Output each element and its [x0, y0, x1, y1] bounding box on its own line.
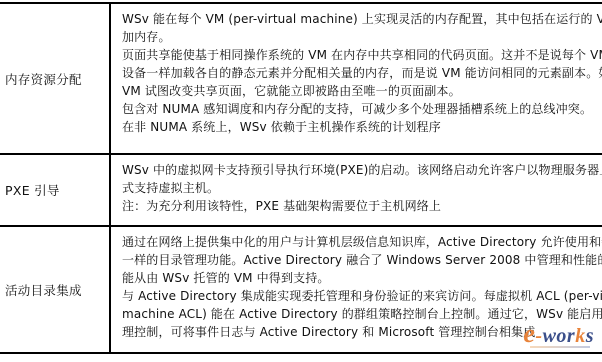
table-row-active-directory: 活动目录集成 通过在网络上提供集中化的用户与计算机层级信息知识库，Active …: [0, 227, 602, 354]
logo-dash: -: [535, 325, 542, 347]
content-line: 通过在网络上提供集中化的用户与计算机层级信息知识库，Active Directo…: [122, 233, 602, 251]
content-line: 加内存。: [122, 28, 602, 46]
logo-underline: [530, 346, 590, 348]
content-line: 式支持虚拟主机。: [122, 179, 602, 197]
row-content-memory: WSv 能在每个 VM (per-virtual machine) 上实现灵活的…: [111, 4, 602, 153]
logo-s: s: [586, 325, 594, 347]
content-line: 设备一样加载各自的静态元素并分配相关量的内存，而是说 VM 能访问相同的元素副本…: [122, 64, 602, 82]
content-line: WSv 能在每个 VM (per-virtual machine) 上实现灵活的…: [122, 10, 602, 28]
content-line: 包含对 NUMA 感知调度和内存分配的支持，可减少多个处理器插槽系统上的总线冲突…: [122, 100, 602, 118]
eworks-watermark-logo: e-works: [523, 324, 594, 346]
content-line: 能从由 WSv 托管的 VM 中得到支持。: [122, 269, 602, 287]
feature-table: 内存资源分配 WSv 能在每个 VM (per-virtual machine)…: [0, 2, 602, 354]
row-content-pxe: WSv 中的虚拟网卡支持预引导执行环境(PXE)的启动。该网络启动允许客户以物理…: [111, 155, 602, 225]
row-label-active-directory: 活动目录集成: [0, 227, 111, 352]
row-label-memory: 内存资源分配: [0, 4, 111, 153]
content-line: 页面共享能使基于相同操作系统的 VM 在内存中共享相同的代码页面。这并不是说每个…: [122, 46, 602, 64]
table-row-memory: 内存资源分配 WSv 能在每个 VM (per-virtual machine)…: [0, 4, 602, 155]
content-line: 在非 NUMA 系统上，WSv 依赖于主机操作系统的计划程序: [122, 118, 602, 136]
table-row-pxe: PXE 引导 WSv 中的虚拟网卡支持预引导执行环境(PXE)的启动。该网络启动…: [0, 155, 602, 227]
content-line: WSv 中的虚拟网卡支持预引导执行环境(PXE)的启动。该网络启动允许客户以物理…: [122, 161, 602, 179]
row-label-pxe: PXE 引导: [0, 155, 111, 225]
content-line: 一样的目录管理功能。Active Directory 融合了 Windows S…: [122, 251, 602, 269]
content-line: 与 Active Directory 集成能实现委托管理和身份验证的来宾访问。每…: [122, 287, 602, 305]
logo-wor: wor: [543, 325, 576, 347]
content-line: VM 试图改变共享页面，它就能立即被路由至唯一的页面副本。: [122, 82, 602, 100]
logo-k: k: [575, 325, 586, 347]
logo-e: e: [523, 319, 535, 348]
content-line: 注：为充分利用该特性，PXE 基础架构需要位于主机网络上: [122, 197, 602, 215]
